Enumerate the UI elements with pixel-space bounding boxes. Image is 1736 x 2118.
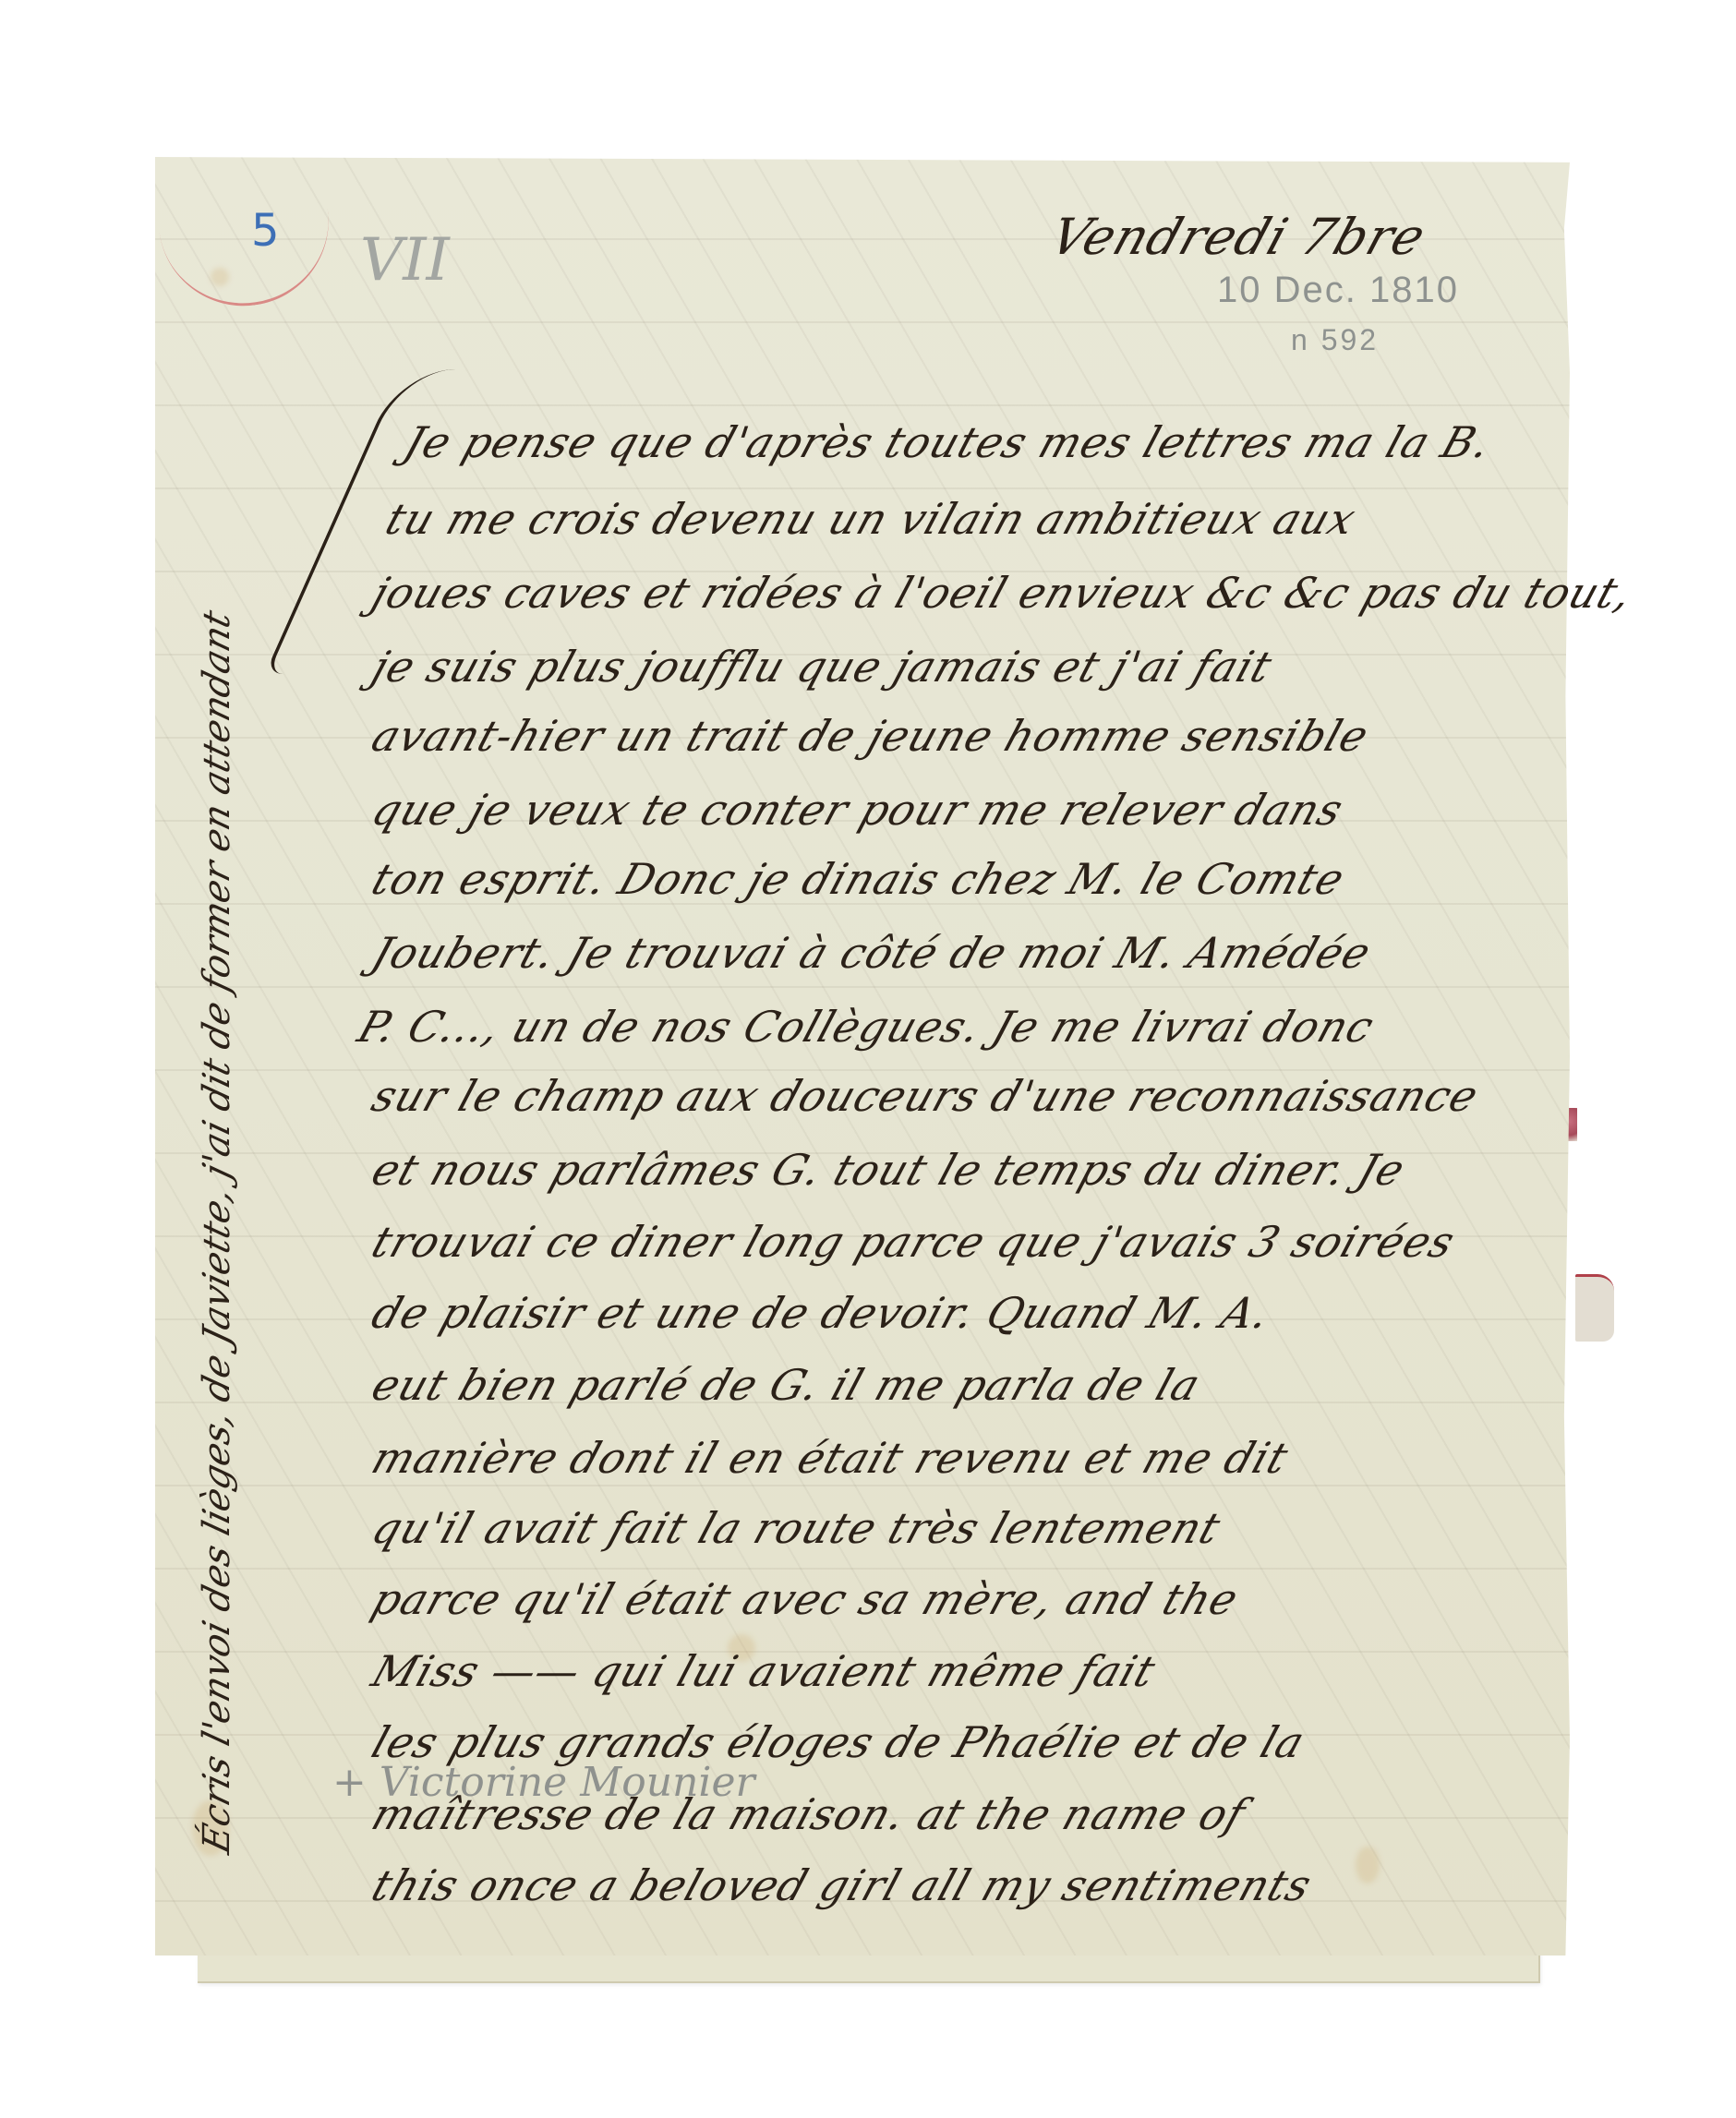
letter-line-5: avant-hier un trait de jeune homme sensi… [366,711,1375,761]
dateline: Vendredi 7bre [1043,208,1433,266]
letter-line-6: que je veux te conter pour me relever da… [366,785,1350,835]
letter-line-21: this once a beloved girl all my sentimen… [366,1860,1318,1910]
roman-numeral-annotation: VII [360,226,450,295]
letter-line-15: manière dont il en était revenu et me di… [366,1433,1295,1483]
torn-paper-tab [1575,1274,1614,1342]
letter-line-4: je suis plus joufflu que jamais et j'ai … [366,642,1279,692]
letter-line-10: sur le champ aux douceurs d'une reconnai… [366,1071,1485,1121]
archival-reference: n 592 [1291,323,1379,357]
letter-line-11: et nous parlâmes G. tout le temps du din… [366,1145,1411,1195]
letter-line-16: qu'il avait fait la route très lentement [366,1503,1227,1553]
letter-line-1: Je pense que d'après toutes mes lettres … [398,417,1498,467]
letter-line-14: eut bien parlé de G. il me parla de la [366,1360,1207,1410]
letter-line-2: tu me crois devenu un vilain ambitieux a… [380,494,1362,544]
pencil-attribution: + Victorine Mounier [332,1759,755,1806]
foxing-spot [1356,1847,1380,1883]
letter-line-17: parce qu'il était avec sa mère, and the [366,1574,1245,1624]
archival-date: 10 Dec. 1810 [1217,270,1459,311]
letter-line-13: de plaisir et une de devoir. Quand M. A. [366,1288,1277,1338]
letter-line-3: joues caves et ridées à l'oeil envieux &… [366,568,1639,618]
left-margin-note: Écris l'envoi des lièges, de Javiette, j… [196,606,238,1858]
letter-line-8: Joubert. Je trouvai à côté de moi M. Amé… [366,928,1378,978]
letter-line-18: Miss —— qui lui avaient même fait [366,1646,1162,1696]
letter-line-9: P. C..., un de nos Collègues. Je me livr… [352,1002,1380,1052]
letter-line-12: trouvai ce diner long parce que j'avais … [366,1217,1461,1267]
letter-line-7: ton esprit. Donc je dinais chez M. le Co… [366,854,1351,904]
blue-pencil-number: 5 [251,205,280,257]
